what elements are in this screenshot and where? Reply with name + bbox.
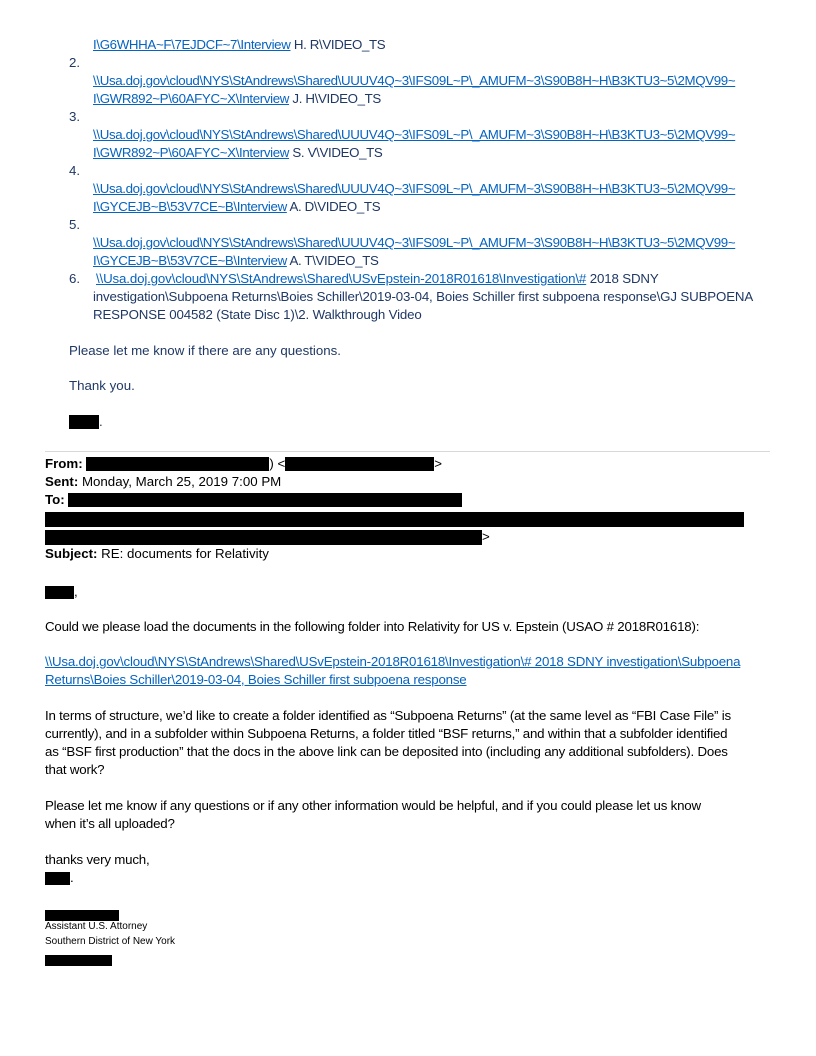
list-item-cont: RESPONSE 004582 (State Disc 1)\2. Walkth…	[93, 307, 422, 322]
redaction-block	[69, 415, 99, 429]
redaction-block	[86, 457, 269, 471]
subject-row: Subject: RE: documents for Relativity	[45, 546, 269, 561]
redaction-block	[68, 493, 462, 507]
greeting: ,	[45, 584, 78, 599]
network-path-link[interactable]: \\Usa.doj.gov\cloud\NYS\StAndrews\Shared…	[93, 73, 735, 88]
network-path-link[interactable]: I\GYCEJB~B\53V7CE~B\Interview	[93, 253, 287, 268]
greeting-punct: ,	[74, 584, 78, 599]
list-item: \\Usa.doj.gov\cloud\NYS\StAndrews\Shared…	[93, 235, 735, 250]
signoff-punct: .	[70, 870, 74, 885]
signature-office: Southern District of New York	[45, 936, 175, 947]
list-number: 3.	[69, 109, 80, 124]
list-item-cont: investigation\Subpoena Returns\Boies Sch…	[93, 289, 753, 304]
from-separator: ) <	[269, 456, 285, 471]
network-path-link[interactable]: \\Usa.doj.gov\cloud\NYS\StAndrews\Shared…	[96, 271, 586, 286]
followup-paragraph-line: when it’s all uploaded?	[45, 816, 175, 831]
body-signoff: .	[45, 870, 74, 885]
sent-value: Monday, March 25, 2019 7:00 PM	[78, 474, 281, 489]
request-text: Could we please load the documents in th…	[45, 619, 699, 634]
redaction-block	[45, 586, 74, 599]
closing-question: Please let me know if there are any ques…	[69, 343, 341, 358]
to-label: To:	[45, 492, 65, 507]
list-number: 6.	[69, 271, 80, 286]
message-divider	[45, 451, 770, 452]
path-suffix: A. T\VIDEO_TS	[287, 253, 379, 268]
redaction-block	[45, 512, 744, 527]
to-row-cont: >	[45, 529, 490, 545]
list-item-cont: I\GYCEJB~B\53V7CE~B\Interview A. D\VIDEO…	[93, 199, 380, 214]
structure-paragraph-line: as “BSF first production” that the docs …	[45, 744, 728, 759]
from-end: >	[434, 456, 442, 471]
redaction-block	[45, 530, 482, 545]
list-item-cont: I\GYCEJB~B\53V7CE~B\Interview A. T\VIDEO…	[93, 253, 379, 268]
structure-paragraph-line: that work?	[45, 762, 104, 777]
structure-paragraph-line: In terms of structure, we’d like to crea…	[45, 708, 731, 723]
network-path-link[interactable]: I\GYCEJB~B\53V7CE~B\Interview	[93, 199, 287, 214]
redaction-block	[45, 872, 70, 885]
structure-paragraph-line: currently), and in a subfolder within Su…	[45, 726, 727, 741]
quoted-signoff: .	[69, 414, 103, 429]
signature-title: Assistant U.S. Attorney	[45, 921, 147, 932]
path-text: RESPONSE 004582 (State Disc 1)\2. Walkth…	[93, 307, 422, 322]
thanks-text: Thank you.	[69, 378, 135, 393]
network-path-link[interactable]: I\GWR892~P\60AFYC~X\Interview	[93, 91, 289, 106]
path-suffix: S. V\VIDEO_TS	[289, 145, 382, 160]
path-suffix: H. R\VIDEO_TS	[290, 37, 385, 52]
path-text: investigation\Subpoena Returns\Boies Sch…	[93, 289, 753, 304]
folder-link-line: Returns\Boies Schiller\2019-03-04, Boies…	[45, 672, 466, 687]
sent-label: Sent:	[45, 474, 78, 489]
sent-row: Sent: Monday, March 25, 2019 7:00 PM	[45, 474, 281, 489]
followup-paragraph-line: Please let me know if any questions or i…	[45, 798, 701, 813]
list-item-cont: I\GWR892~P\60AFYC~X\Interview S. V\VIDEO…	[93, 145, 382, 160]
signoff-punct: .	[99, 414, 103, 429]
path-text: 2018 SDNY	[586, 271, 658, 286]
redaction-block	[285, 457, 434, 471]
signature-name	[45, 907, 119, 922]
from-label: From:	[45, 456, 83, 471]
to-row-cont	[45, 511, 744, 527]
folder-link[interactable]: \\Usa.doj.gov\cloud\NYS\StAndrews\Shared…	[45, 654, 740, 669]
from-row: From: ) <>	[45, 456, 442, 471]
list-number: 5.	[69, 217, 80, 232]
network-path-link[interactable]: \\Usa.doj.gov\cloud\NYS\StAndrews\Shared…	[93, 235, 735, 250]
list-item-cont: I\GWR892~P\60AFYC~X\Interview J. H\VIDEO…	[93, 91, 381, 106]
path-suffix: J. H\VIDEO_TS	[289, 91, 381, 106]
redaction-block	[45, 910, 119, 921]
signature-contact	[45, 952, 112, 967]
list-item: \\Usa.doj.gov\cloud\NYS\StAndrews\Shared…	[93, 181, 735, 196]
list-item: I\G6WHHA~F\7EJDCF~7\Interview H. R\VIDEO…	[93, 37, 385, 52]
subject-value: RE: documents for Relativity	[97, 546, 268, 561]
list-number: 4.	[69, 163, 80, 178]
to-end: >	[482, 529, 490, 544]
network-path-link[interactable]: \\Usa.doj.gov\cloud\NYS\StAndrews\Shared…	[93, 127, 735, 142]
list-item: \\Usa.doj.gov\cloud\NYS\StAndrews\Shared…	[96, 271, 659, 286]
list-item: \\Usa.doj.gov\cloud\NYS\StAndrews\Shared…	[93, 127, 735, 142]
subject-label: Subject:	[45, 546, 97, 561]
to-row: To:	[45, 492, 462, 507]
list-item: \\Usa.doj.gov\cloud\NYS\StAndrews\Shared…	[93, 73, 735, 88]
network-path-link[interactable]: \\Usa.doj.gov\cloud\NYS\StAndrews\Shared…	[93, 181, 735, 196]
folder-link-line: \\Usa.doj.gov\cloud\NYS\StAndrews\Shared…	[45, 654, 740, 669]
network-path-link[interactable]: I\GWR892~P\60AFYC~X\Interview	[93, 145, 289, 160]
closing-text: thanks very much,	[45, 852, 150, 867]
folder-link[interactable]: Returns\Boies Schiller\2019-03-04, Boies…	[45, 672, 466, 687]
list-number: 2.	[69, 55, 80, 70]
network-path-link[interactable]: I\G6WHHA~F\7EJDCF~7\Interview	[93, 37, 290, 52]
redaction-block	[45, 955, 112, 966]
path-suffix: A. D\VIDEO_TS	[287, 199, 380, 214]
